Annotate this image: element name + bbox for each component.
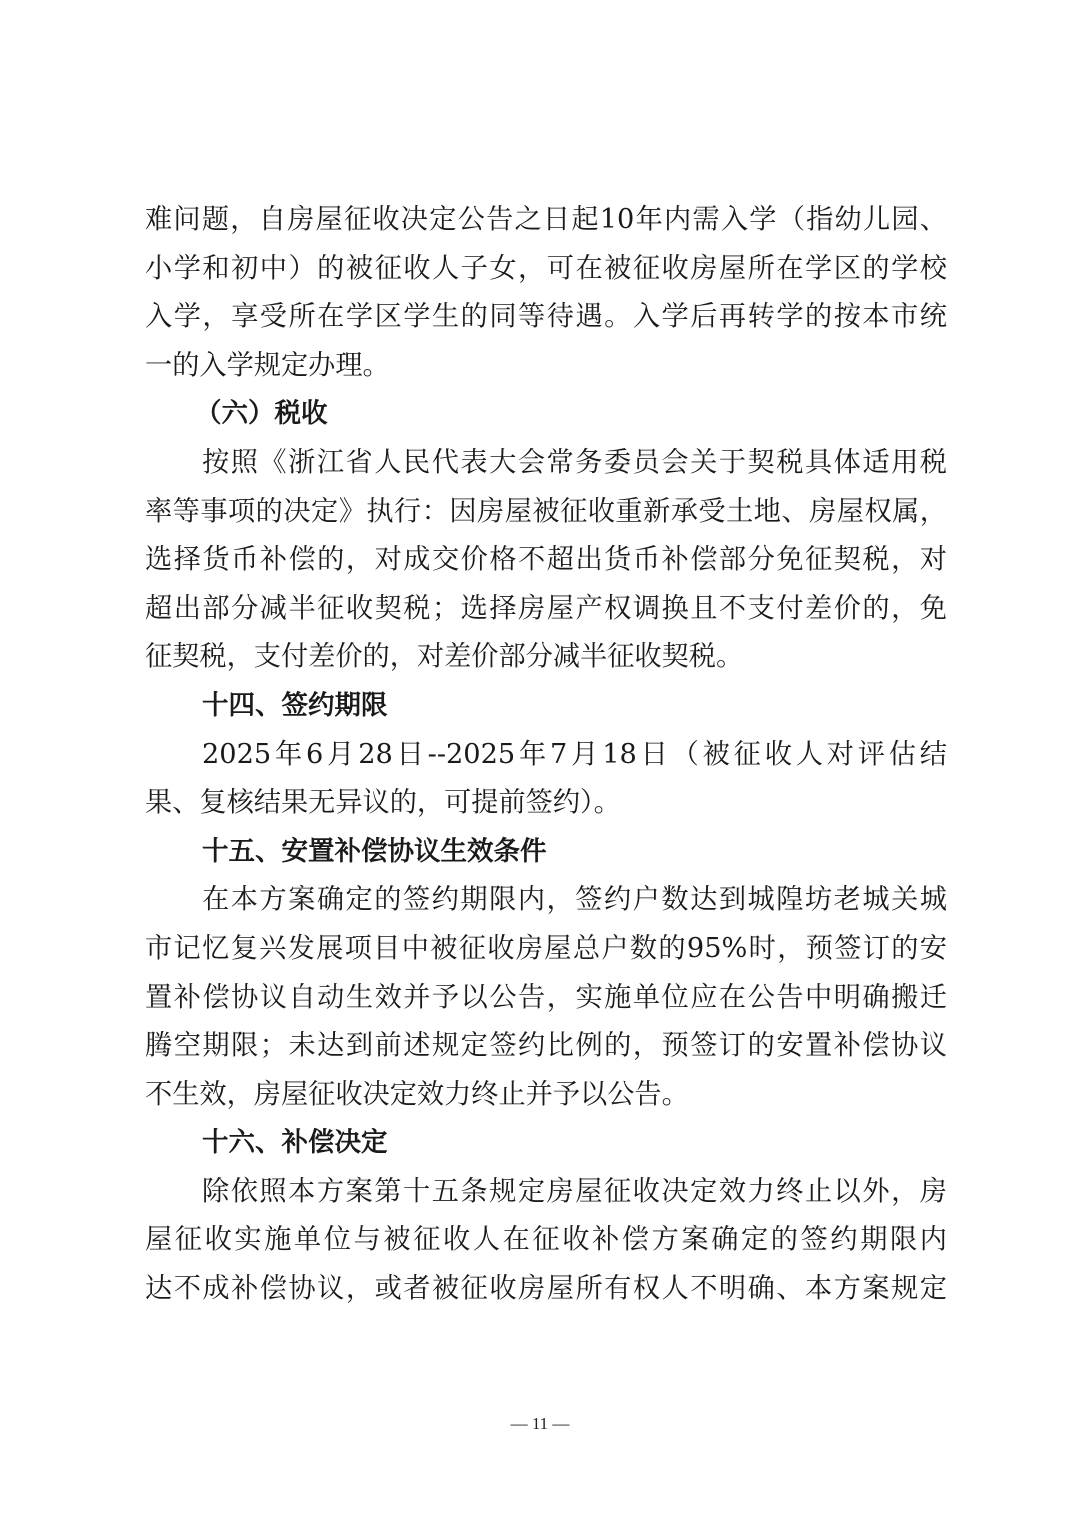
paragraph-line: 入学，享受所在学区学生的同等待遇。入学后再转学的按本市统 (145, 293, 947, 342)
page-number: — 11 — (0, 1414, 1080, 1434)
paragraph-line: 除依照本方案第十五条规定房屋征收决定效力终止以外，房 (145, 1168, 947, 1217)
paragraph-line: 难问题，自房屋征收决定公告之日起10年内需入学（指幼儿园、 (145, 196, 947, 245)
paragraph-line: 置补偿协议自动生效并予以公告，实施单位应在公告中明确搬迁 (145, 974, 947, 1023)
document-page: 难问题，自房屋征收决定公告之日起10年内需入学（指幼儿园、 小学和初中）的被征收… (0, 0, 1080, 1527)
subsection-heading-tax: （六）税收 (145, 390, 947, 439)
document-body: 难问题，自房屋征收决定公告之日起10年内需入学（指幼儿园、 小学和初中）的被征收… (145, 196, 947, 1314)
paragraph-line: 超出部分减半征收契税；选择房屋产权调换且不支付差价的，免 (145, 585, 947, 634)
paragraph-line: 市记忆复兴发展项目中被征收房屋总户数的95%时，预签订的安 (145, 925, 947, 974)
paragraph-line: 在本方案确定的签约期限内，签约户数达到城隍坊老城关城 (145, 876, 947, 925)
paragraph-line: 不生效，房屋征收决定效力终止并予以公告。 (145, 1071, 947, 1120)
paragraph-line: 选择货币补偿的，对成交价格不超出货币补偿部分免征契税，对 (145, 536, 947, 585)
paragraph-line: 率等事项的决定》执行：因房屋被征收重新承受土地、房屋权属， (145, 488, 947, 537)
paragraph-line: 屋征收实施单位与被征收人在征收补偿方案确定的签约期限内 (145, 1216, 947, 1265)
section-heading-signing-period: 十四、签约期限 (145, 682, 947, 731)
paragraph-line: 腾空期限；未达到前述规定签约比例的，预签订的安置补偿协议 (145, 1022, 947, 1071)
paragraph-line: 一的入学规定办理。 (145, 342, 947, 391)
paragraph-line: 征契税，支付差价的，对差价部分减半征收契税。 (145, 633, 947, 682)
paragraph-line: 达不成补偿协议，或者被征收房屋所有权人不明确、本方案规定 (145, 1265, 947, 1314)
paragraph-line: 2025年6月28日--2025年7月18日（被征收人对评估结 (145, 731, 947, 780)
section-heading-agreement-conditions: 十五、安置补偿协议生效条件 (145, 828, 947, 877)
paragraph-line: 果、复核结果无异议的，可提前签约）。 (145, 779, 947, 828)
paragraph-line: 小学和初中）的被征收人子女，可在被征收房屋所在学区的学校 (145, 245, 947, 294)
section-heading-compensation-decision: 十六、补偿决定 (145, 1119, 947, 1168)
paragraph-line: 按照《浙江省人民代表大会常务委员会关于契税具体适用税 (145, 439, 947, 488)
